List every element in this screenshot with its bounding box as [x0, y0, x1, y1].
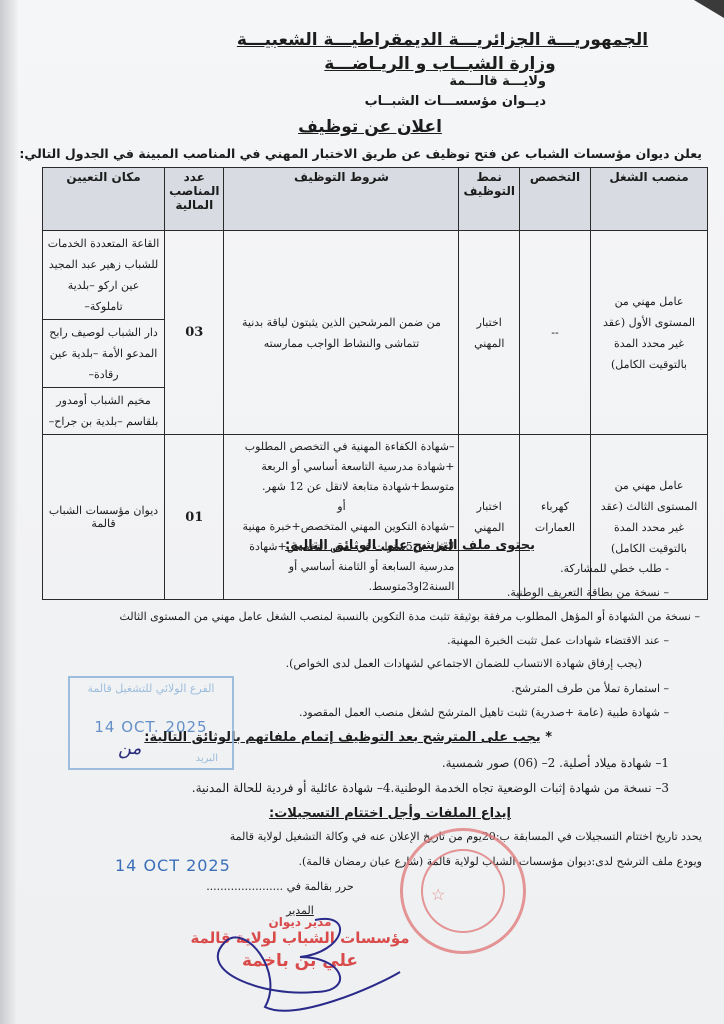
- col-conditions: شروط التوظيف: [224, 168, 459, 231]
- intro-text: يعلن ديوان مؤسسات الشباب عن فتح توظيف عن…: [19, 146, 702, 161]
- jobs-table: منصب الشغل التخصص نمط التوظيف شروط التوظ…: [42, 167, 708, 600]
- condition-or: أو: [228, 497, 454, 517]
- after-hire-line: 3– نسخة من شهادة إثبات الوضعية تجاه الخد…: [192, 781, 669, 795]
- count-cell: 01: [165, 435, 224, 600]
- mode-cell: اختبار المهني: [459, 231, 520, 435]
- received-stamp: الفرع الولائي للتشغيل قالمة 14 OCT. 2025…: [68, 676, 234, 770]
- condition-option-a: –شهادة الكفاءة المهنية في التخصص المطلوب…: [228, 437, 454, 497]
- stamp-date: 14 OCT. 2025: [70, 718, 232, 736]
- deposit-title: إيداع الملفات وأجل اختتام التسجيلات:: [240, 806, 540, 821]
- office-label: ديــوان مؤسســـات الشبــاب: [365, 94, 546, 109]
- announcement-title: اعلان عن توظيف: [290, 117, 450, 137]
- stamp-org: الفرع الولائي للتشغيل قالمة: [70, 682, 232, 695]
- date-stamp: 14 OCT 2025: [115, 856, 231, 875]
- signature-icon: [205, 912, 405, 1022]
- conditions-cell: –شهادة الكفاءة المهنية في التخصص المطلوب…: [224, 435, 459, 600]
- document-page: الجمهوريـــة الجزائريـــة الديمقراطيـــة…: [0, 0, 724, 1024]
- mode-cell: اختبار المهني: [459, 435, 520, 600]
- document-item: – شهادة طبية (عامة +صدرية) تثبت تاهيل ال…: [299, 706, 669, 719]
- document-item: – عند الاقتضاء شهادات عمل تثبت الخبرة ال…: [447, 634, 669, 647]
- col-mode: نمط التوظيف: [459, 168, 520, 231]
- col-count: عدد المناصب المالية: [165, 168, 224, 231]
- location-cell: القاعة المتعددة الخدمات للشباب زهير عبد …: [43, 231, 165, 320]
- position-cell: عامل مهني من المستوى الأول (عقد غير محدد…: [591, 231, 708, 435]
- written-at: حرر بقالمة في ......................: [150, 880, 410, 893]
- document-item: – استمارة تملأ من طرف المترشح.: [511, 682, 669, 695]
- republic-heading: الجمهوريـــة الجزائريـــة الديمقراطيـــة…: [175, 30, 710, 50]
- col-position: منصب الشغل: [591, 168, 708, 231]
- document-item: – نسخة من بطاقة التعريف الوطنية.: [507, 586, 669, 599]
- documents-title: يحتوى ملف الترشح على الوثائق التالية:: [260, 538, 560, 553]
- document-item: – نسخة من الشهادة أو المؤهل المطلوب مرفق…: [119, 610, 700, 623]
- condition-option-b: –شهادة التكوين المهني المتخصص+خبرة مهنية…: [228, 517, 454, 597]
- initials-signature: ﻣﻦ: [118, 738, 141, 759]
- table-row: عامل مهني من المستوى الأول (عقد غير محدد…: [43, 231, 708, 320]
- location-cell: مخيم الشباب أومدور بلقاسم –بلدية بن جراح…: [43, 388, 165, 435]
- specialty-cell: --: [520, 231, 591, 435]
- ministry-heading: وزارة الشبــاب و الريـاضـــة: [270, 54, 610, 74]
- table-header-row: منصب الشغل التخصص نمط التوظيف شروط التوظ…: [43, 168, 708, 231]
- after-hire-line: 1– شهادة ميلاد أصلية. 2– (06) صور شمسية.: [442, 756, 669, 770]
- col-specialty: التخصص: [520, 168, 591, 231]
- location-cell: دار الشباب لوصيف رابح المدعو الأمة –بلدي…: [43, 320, 165, 388]
- col-location: مكان التعيين: [43, 168, 165, 231]
- count-cell: 03: [165, 231, 224, 435]
- location-cell: ديوان مؤسسات الشباب قالمة: [43, 435, 165, 600]
- scan-edge-shadow: [0, 0, 18, 1024]
- folded-corner: [694, 0, 724, 18]
- document-item: - طلب خطي للمشاركة.: [560, 562, 669, 575]
- document-note: (يجب إرفاق شهادة الانتساب للضمان الاجتما…: [286, 657, 642, 670]
- conditions-cell: من ضمن المرشحين الذين يثبتون لياقة بدنية…: [224, 231, 459, 435]
- star-icon: ☆: [431, 885, 445, 904]
- wilaya-label: ولايـــة قالـــمة: [449, 74, 546, 89]
- stamp-bottom: البريد: [196, 753, 218, 764]
